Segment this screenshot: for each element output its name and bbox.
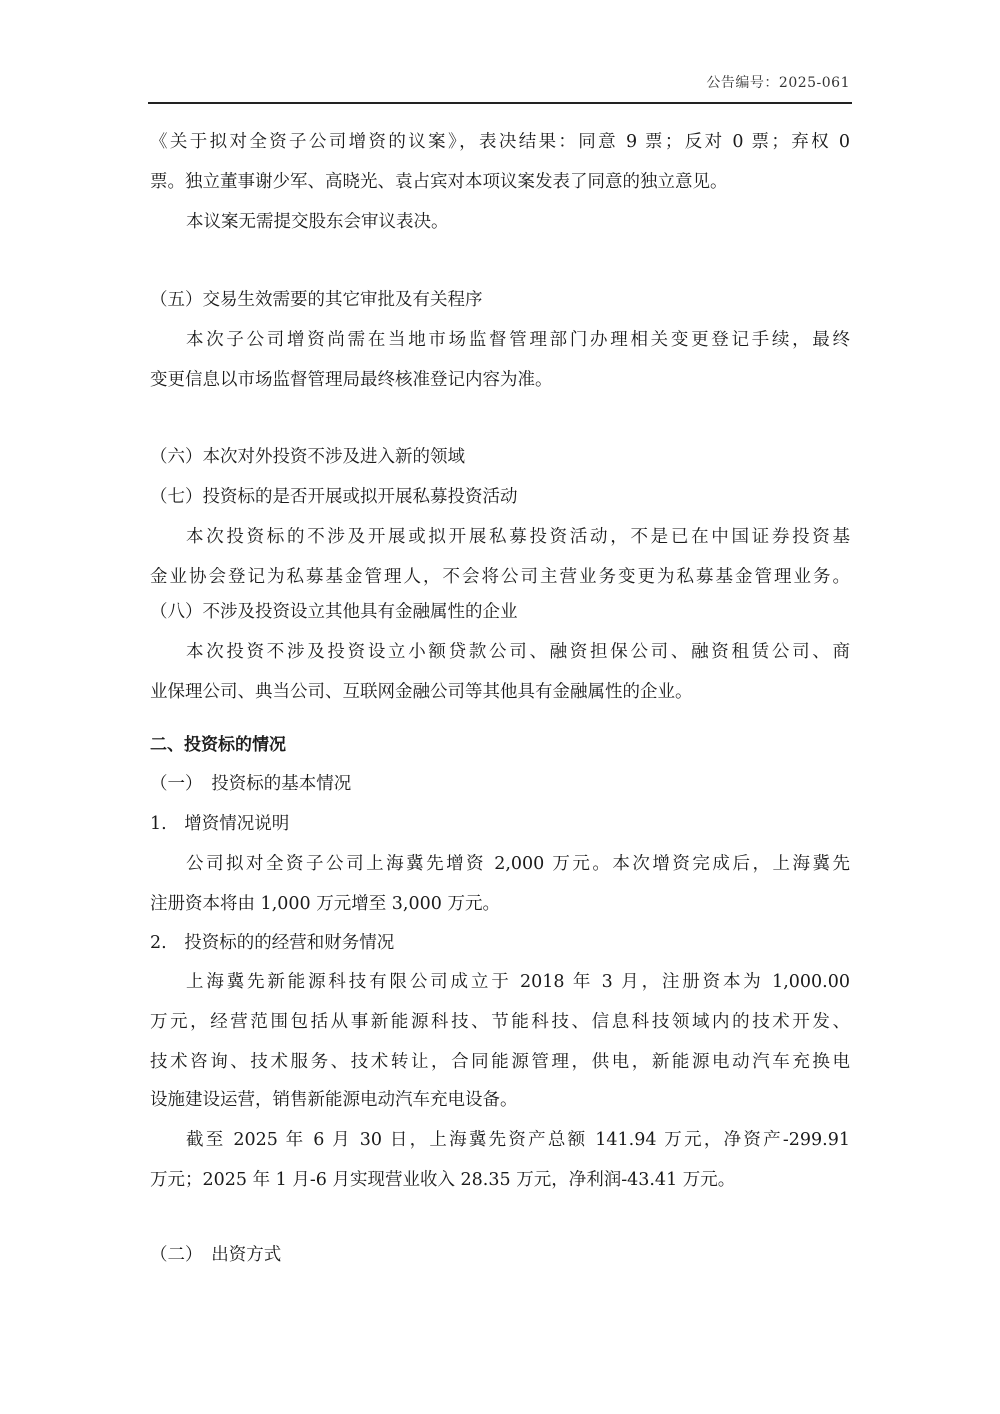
text-line: 变更信息以市场监督管理局最终核准登记内容为准。 <box>150 368 850 392</box>
text-line: 万元；2025 年 1 月-6 月实现营业收入 28.35 万元，净利润-43.… <box>150 1168 850 1192</box>
text-line: 注册资本将由 1,000 万元增至 3,000 万元。 <box>150 892 850 916</box>
text-line: （一） 投资标的基本情况 <box>150 772 850 796</box>
text-line: 公司拟对全资子公司上海冀先增资 2,000 万元。本次增资完成后，上海冀先 <box>150 852 850 876</box>
text-line: 1. 增资情况说明 <box>150 812 850 836</box>
header-rule <box>148 102 852 104</box>
text-line: 金业协会登记为私募基金管理人，不会将公司主营业务变更为私募基金管理业务。 <box>150 565 850 589</box>
text-line: 万元，经营范围包括从事新能源科技、节能科技、信息科技领域内的技术开发、 <box>150 1010 850 1034</box>
text-line: 技术咨询、技术服务、技术转让，合同能源管理，供电，新能源电动汽车充换电 <box>150 1050 850 1074</box>
text-line: 本议案无需提交股东会审议表决。 <box>150 210 850 234</box>
text-line: 上海冀先新能源科技有限公司成立于 2018 年 3 月，注册资本为 1,000.… <box>150 970 850 994</box>
text-line: 2. 投资标的的经营和财务情况 <box>150 931 850 955</box>
text-line: 设施建设运营，销售新能源电动汽车充电设备。 <box>150 1088 850 1112</box>
text-line: （六）本次对外投资不涉及进入新的领域 <box>150 445 850 469</box>
text-line: （二） 出资方式 <box>150 1243 850 1267</box>
section-heading: 二、投资标的情况 <box>150 733 850 757</box>
text-line: （七）投资标的是否开展或拟开展私募投资活动 <box>150 485 850 509</box>
text-line: 本次子公司增资尚需在当地市场监督管理部门办理相关变更登记手续，最终 <box>150 328 850 352</box>
text-line: 业保理公司、典当公司、互联网金融公司等其他具有金融属性的企业。 <box>150 680 850 704</box>
text-line: 票。独立董事谢少军、高晓光、袁占宾对本项议案发表了同意的独立意见。 <box>150 170 850 194</box>
text-line: （八）不涉及投资设立其他具有金融属性的企业 <box>150 600 850 624</box>
text-line: 本次投资不涉及投资设立小额贷款公司、融资担保公司、融资租赁公司、商 <box>150 640 850 664</box>
text-line: 《关于拟对全资子公司增资的议案》，表决结果：同意 9 票；反对 0 票；弃权 0 <box>150 130 850 154</box>
text-line: （五）交易生效需要的其它审批及有关程序 <box>150 288 850 312</box>
text-line: 截至 2025 年 6 月 30 日，上海冀先资产总额 141.94 万元，净资… <box>150 1128 850 1152</box>
text-line: 本次投资标的不涉及开展或拟开展私募投资活动，不是已在中国证券投资基 <box>150 525 850 549</box>
announcement-number: 公告编号：2025-061 <box>706 72 850 92</box>
